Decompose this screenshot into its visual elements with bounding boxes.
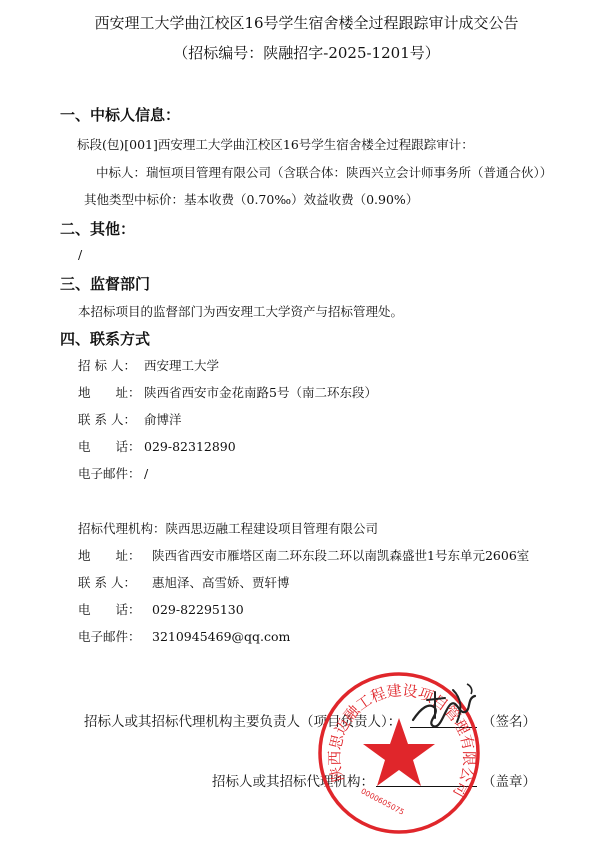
winner-info: 中标人：瑞恒项目管理有限公司（含联合体：陕西兴立会计师事务所（普通合伙））: [96, 163, 552, 181]
field-value: 俞博洋: [144, 412, 182, 427]
handwritten-signature-icon: [405, 678, 485, 738]
seal-number: 0000605075: [359, 786, 406, 816]
field-value: 陕西思迈融工程建设项目管理有限公司: [166, 521, 379, 536]
field-label: 联 系 人：: [78, 573, 152, 591]
section-heading-contact: 四、联系方式: [60, 328, 150, 349]
seal-suffix: （盖章）: [482, 770, 536, 790]
field-label: 招标代理机构：: [78, 521, 166, 536]
section-heading-winner-info: 一、中标人信息：: [60, 104, 180, 125]
section-heading-other: 二、其他：: [60, 218, 135, 239]
field-value: 029-82312890: [144, 439, 236, 454]
agency-address-row: 地 址：陕西省西安市雁塔区南二环东段二环以南凯森盛世1号东单元2606室: [78, 546, 529, 564]
tender-number: （招标编号：陕融招字-2025-1201号）: [0, 42, 613, 63]
field-value: 029-82295130: [152, 602, 244, 617]
winning-price: 其他类型中标价：基本收费（0.70‰）效益收费（0.90%）: [84, 190, 418, 208]
field-label: 电 话：: [78, 600, 152, 618]
field-label: 电子邮件：: [78, 627, 152, 645]
agency-email-row: 电子邮件：3210945469@qq.com: [78, 627, 290, 645]
field-value: 陕西省西安市雁塔区南二环东段二环以南凯森盛世1号东单元2606室: [152, 548, 529, 563]
field-label: 联 系 人：: [78, 410, 144, 428]
page-title: 西安理工大学曲江校区16号学生宿舍楼全过程跟踪审计成交公告: [0, 12, 613, 33]
tenderer-contact-row: 联 系 人：俞博洋: [78, 410, 182, 428]
field-value: 3210945469@qq.com: [152, 629, 290, 644]
tenderer-email-row: 电子邮件：/: [78, 464, 148, 482]
field-value: /: [144, 466, 148, 481]
seal-line: [376, 786, 477, 787]
organization-label: 招标人或其招标代理机构：: [212, 770, 374, 790]
tenderer-phone-row: 电 话：029-82312890: [78, 437, 236, 455]
tenderer-name-row: 招 标 人：西安理工大学: [78, 356, 219, 374]
signature-suffix: （签名）: [482, 710, 536, 730]
lot-info: 标段(包)[001]西安理工大学曲江校区16号学生宿舍楼全过程跟踪审计：: [77, 135, 474, 153]
field-label: 地 址：: [78, 546, 152, 564]
supervision-content: 本招标项目的监督部门为西安理工大学资产与招标管理处。: [78, 302, 403, 320]
section-heading-supervision: 三、监督部门: [60, 273, 150, 294]
field-value: 陕西省西安市金花南路5号（南二环东段）: [144, 385, 377, 400]
field-label: 招 标 人：: [78, 356, 144, 374]
agency-contact-row: 联 系 人：惠旭泽、高雪娇、贾轩博: [78, 573, 290, 591]
agency-phone-row: 电 话：029-82295130: [78, 600, 244, 618]
other-content: /: [78, 247, 82, 262]
responsible-person-label: 招标人或其招标代理机构主要负责人（项目负责人）：: [84, 710, 401, 730]
field-value: 西安理工大学: [144, 358, 219, 373]
field-label: 电 话：: [78, 437, 144, 455]
field-label: 地 址：: [78, 383, 144, 401]
agency-name-row: 招标代理机构：陕西思迈融工程建设项目管理有限公司: [78, 519, 378, 537]
field-label: 电子邮件：: [78, 464, 144, 482]
field-value: 惠旭泽、高雪娇、贾轩博: [152, 575, 290, 590]
tenderer-address-row: 地 址：陕西省西安市金花南路5号（南二环东段）: [78, 383, 377, 401]
